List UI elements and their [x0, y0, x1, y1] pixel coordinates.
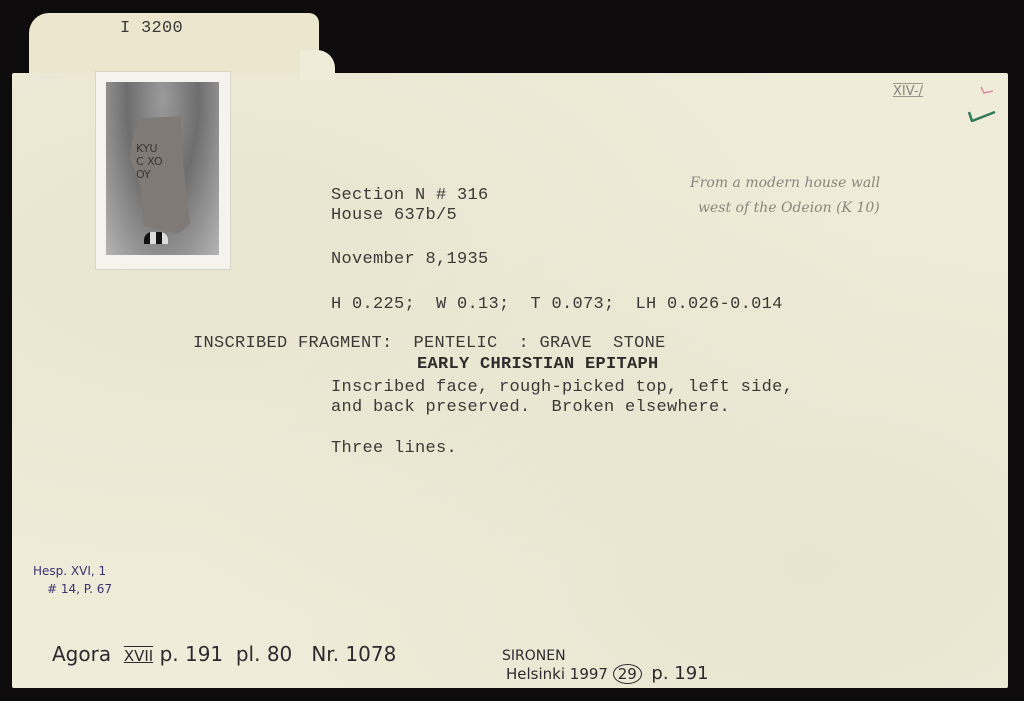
catalog-number: I 3200 [120, 19, 183, 39]
object-title: EARLY CHRISTIAN EPITAPH [417, 355, 659, 375]
lines-note: Three lines. [331, 439, 457, 459]
hesperia-reference-line2: # 14, P. 67 [47, 582, 112, 596]
pink-check-icon [980, 86, 994, 94]
description-line1: Inscribed face, rough-picked top, left s… [331, 378, 793, 398]
house-number: House 637b/5 [331, 206, 457, 226]
hesperia-reference-line1: Hesp. XVI, 1 [33, 564, 106, 578]
scale-bar [144, 232, 168, 244]
corner-mark: XIV-/ [893, 84, 923, 99]
stone-inscription: KYU C XO OY [136, 142, 163, 181]
green-check-icon [968, 108, 996, 122]
excavation-date: November 8,1935 [331, 250, 489, 270]
sironen-reference-line1: SIRONEN [502, 649, 566, 663]
classification: INSCRIBED FRAGMENT: PENTELIC : GRAVE STO… [193, 334, 666, 354]
fragment-photo: KYU C XO OY [106, 82, 219, 255]
agora-reference: Agora XVII p. 191 pl. 80 Nr. 1078 [52, 642, 396, 666]
section-number: Section N # 316 [331, 186, 489, 206]
sironen-number-circled: 29 [613, 664, 642, 684]
findspot-note-line1: From a modern house wall [690, 175, 880, 191]
dimensions: H 0.225; W 0.13; T 0.073; LH 0.026-0.014 [331, 295, 783, 315]
findspot-note-line2: west of the Odeion (K 10) [698, 200, 880, 216]
sironen-reference-line2: Helsinki 1997 29 p. 191 [506, 663, 709, 684]
card-tab-shoulder [300, 50, 335, 80]
description-line2: and back preserved. Broken elsewhere. [331, 398, 730, 418]
